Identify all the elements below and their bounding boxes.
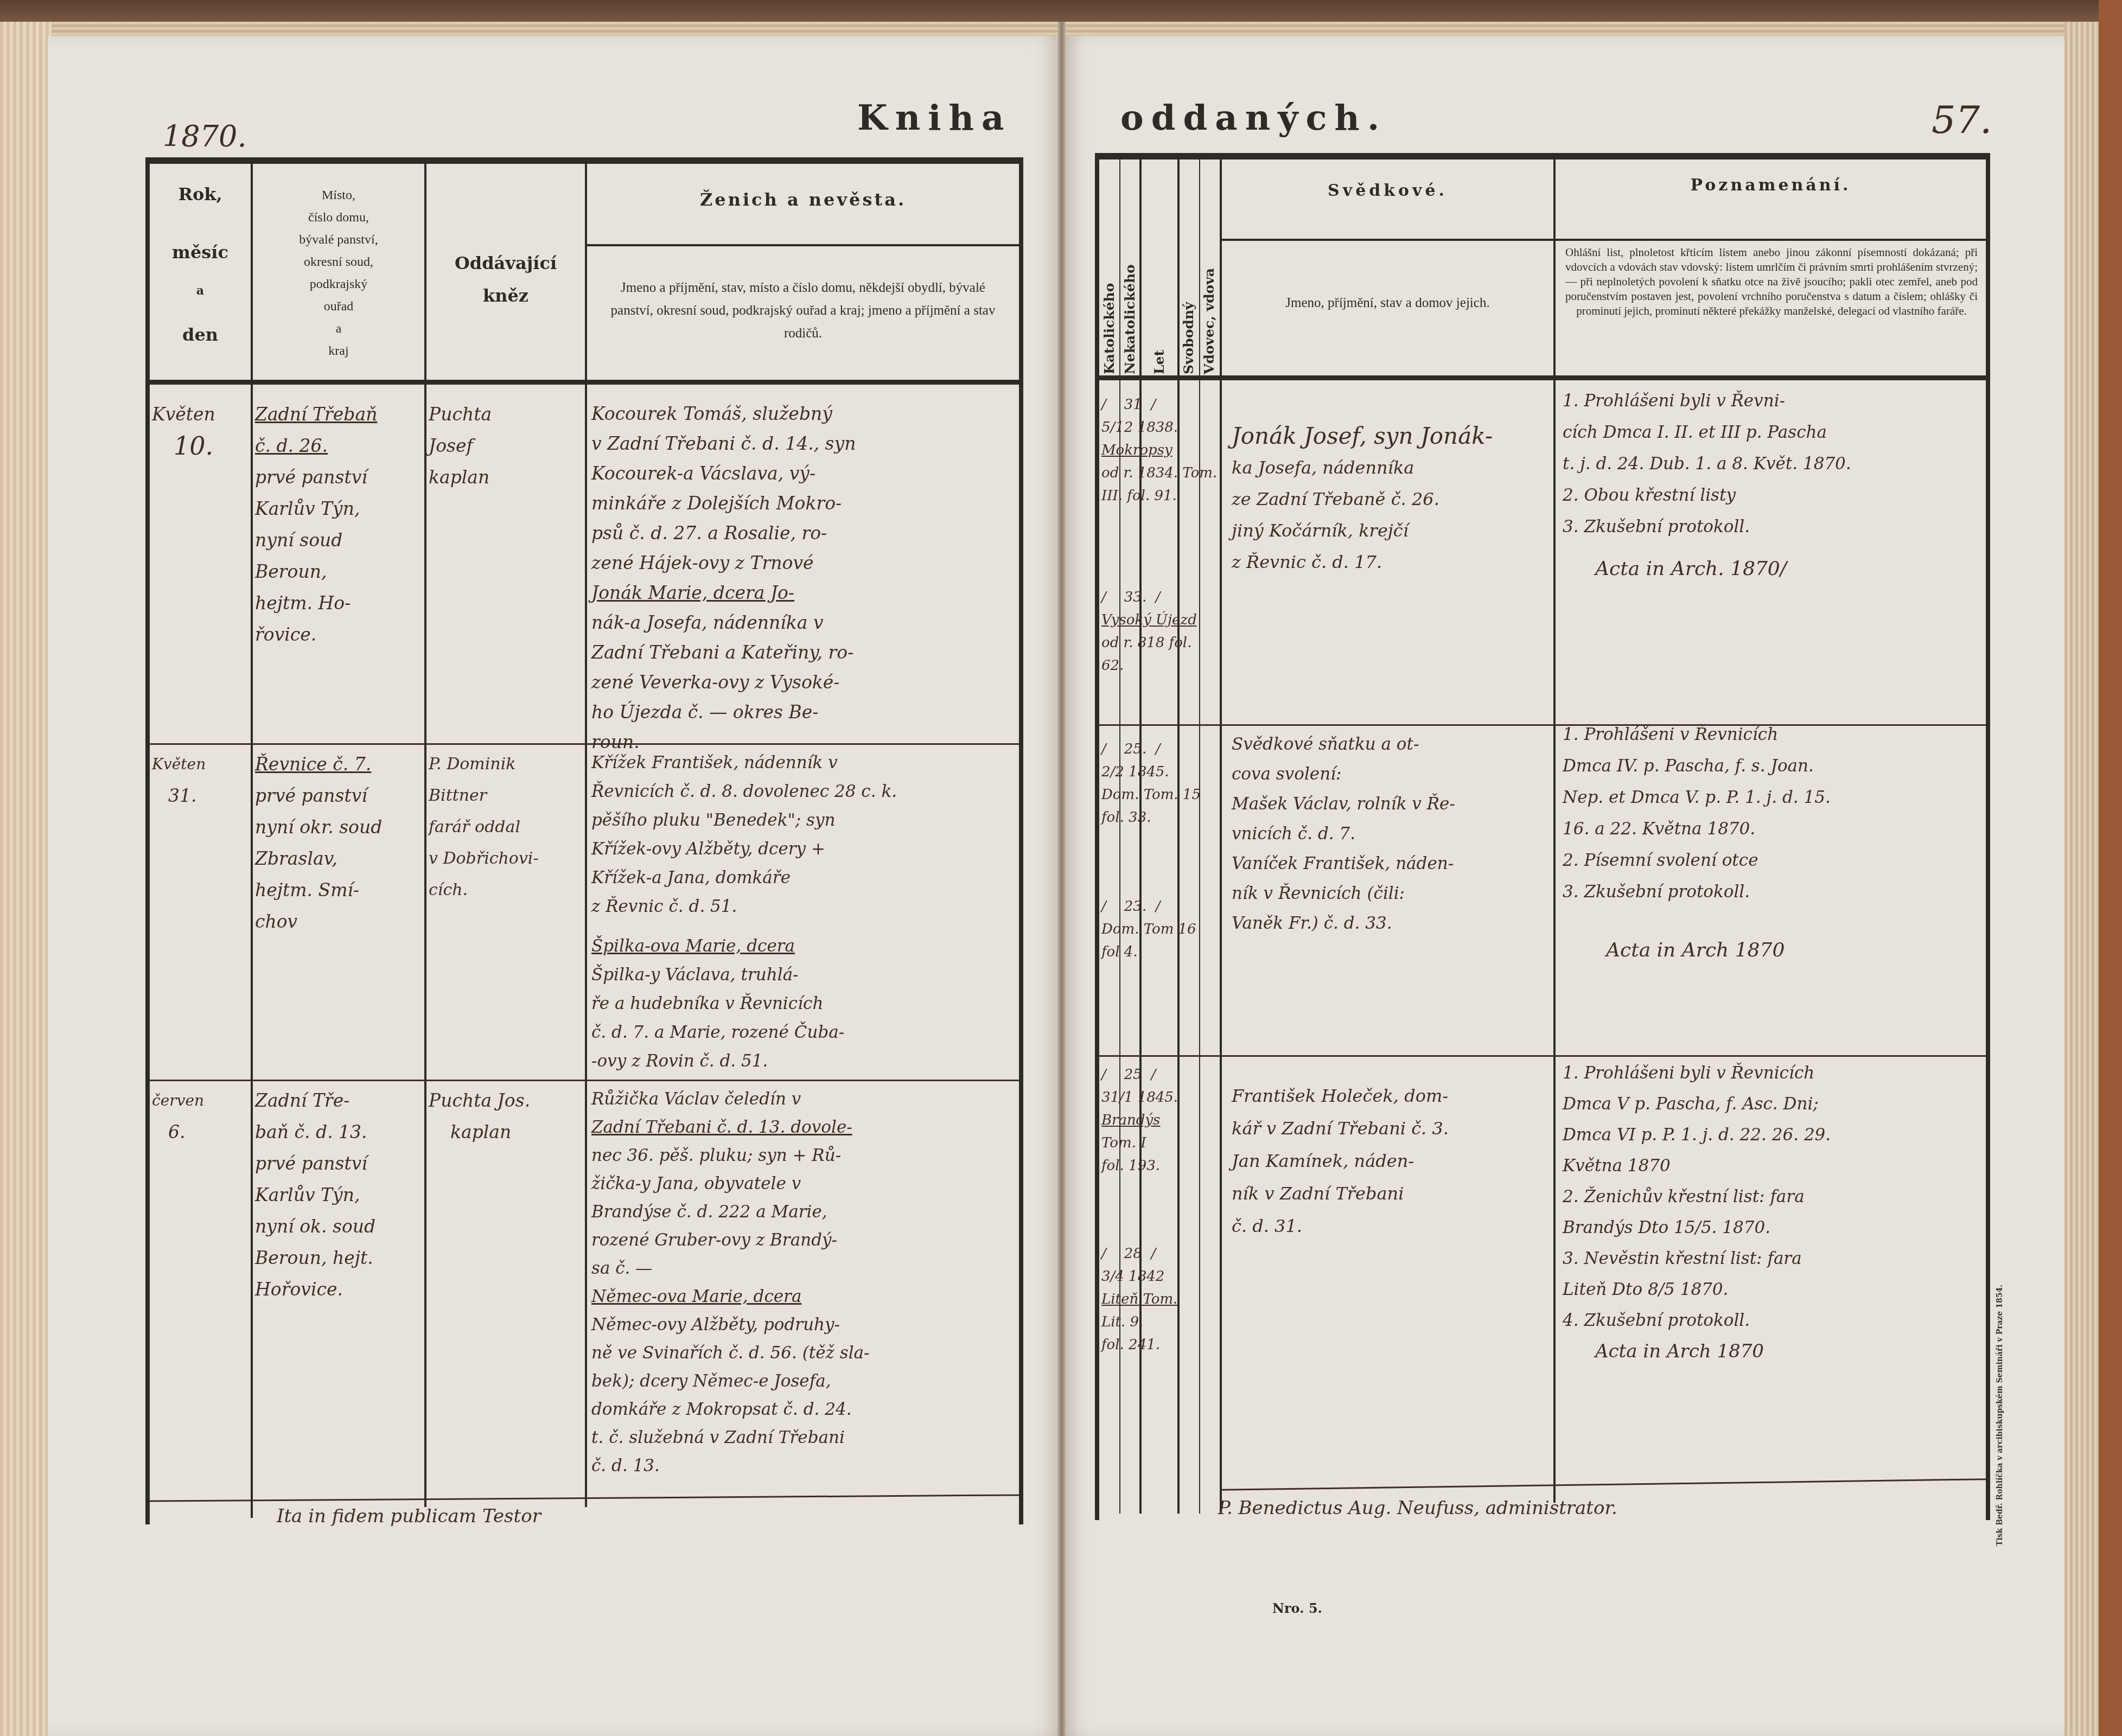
header-let: Let bbox=[1151, 336, 1167, 374]
entry-2-date: Květen31. bbox=[152, 749, 250, 812]
entry-3-bride-marks: / 28 / 3/4 1842Liteň Tom. Lit. 9.fol. 24… bbox=[1101, 1242, 1221, 1356]
header-vdovec-vdova: Vdovec, vdova bbox=[1201, 255, 1217, 374]
header-svedkove: Svědkové. bbox=[1222, 182, 1553, 201]
col-divider bbox=[251, 162, 253, 1518]
entry-1-groom-marks: / 31 / 5/12 1838.Mokropsy od r. 1834. To… bbox=[1101, 393, 1221, 507]
col-divider bbox=[1553, 157, 1556, 1503]
entry-1-notes: 1. Prohlášeni byli v Řevni-cích Dmca I. … bbox=[1563, 385, 1986, 585]
header-poznamenani: Poznamenání. bbox=[1556, 176, 1986, 195]
entry-2-couple: Křížek František, nádenník vŘevnicích č.… bbox=[591, 749, 1020, 1076]
entry-3-date: červen6. bbox=[152, 1085, 250, 1148]
entry-1-priest: PuchtaJosefkaplan bbox=[429, 399, 583, 493]
col-divider bbox=[585, 162, 587, 1507]
col-divider bbox=[424, 162, 426, 1507]
header-nekatolickeho: Nekatolického bbox=[1122, 260, 1138, 374]
book-cover-right bbox=[2099, 0, 2122, 1736]
header-bottom-rule bbox=[150, 380, 1019, 385]
page-number: 57. bbox=[1932, 98, 1992, 142]
entry-2-priest: P. DominikBittnerfarář oddal v Dobřichov… bbox=[429, 749, 583, 906]
entry-2-place: Řevnice č. 7.prvé panství nyní okr. soud… bbox=[255, 749, 423, 937]
entry-1-couple: Kocourek Tomáš, služebnýv Zadní Třebani … bbox=[591, 399, 1020, 757]
header-bottom-rule bbox=[1099, 375, 1986, 380]
header-rok: Rok, měsíc a den bbox=[150, 184, 251, 345]
entry-3-notes: 1. Prohlášeni byli v ŘevnicíchDmca V p. … bbox=[1563, 1058, 1986, 1367]
entry-1-place: Zadní Třebaňč. d. 26. prvé panstvíKarlův… bbox=[255, 399, 423, 650]
book-gutter bbox=[1058, 22, 1066, 1736]
header-poznamenani-sub: Ohlášní list, plnoletost křticím listem … bbox=[1565, 245, 1978, 318]
header-subdivider bbox=[587, 244, 1019, 246]
entry-divider bbox=[1099, 1055, 1986, 1057]
header-zenich-sub: Jmeno a příjmění, stav, místo a číslo do… bbox=[602, 277, 1004, 345]
header-zenich-nevesta: Ženich a nevěsta. bbox=[587, 190, 1019, 210]
entry-3-witnesses: František Holeček, dom-kář v Zadní Třeba… bbox=[1232, 1080, 1552, 1242]
book-title-left: Kniha bbox=[857, 98, 1011, 138]
entry-2-groom-marks: / 25. / 2/2 1845.Dom. Tom. 15fol. 33. bbox=[1101, 738, 1221, 829]
entry-2-witnesses: Svědkové sňatku a ot-cova svolení: Mašek… bbox=[1232, 730, 1552, 939]
header-svedkove-sub: Jmeno, příjmění, stav a domov jejich. bbox=[1222, 296, 1553, 311]
right-signature: P. Benedictus Aug. Neufuss, administrato… bbox=[1218, 1497, 1617, 1519]
form-number: Nro. 5. bbox=[1272, 1600, 1322, 1616]
left-signature: Ita in fidem publicam Testor bbox=[277, 1505, 541, 1527]
header-oddavajici: Oddávajícíkněz bbox=[426, 247, 585, 312]
entry-3-priest: Puchta Jos.kaplan bbox=[429, 1085, 583, 1148]
header-svobodny: Svobodný bbox=[1181, 293, 1196, 374]
entry-1-date: Květen10. bbox=[152, 399, 250, 462]
year-label: 1870. bbox=[163, 119, 247, 154]
page-edges-left bbox=[0, 22, 52, 1736]
header-subdivider bbox=[1222, 239, 1986, 241]
book-title-right: oddaných. bbox=[1120, 98, 1387, 138]
entry-3-groom-marks: / 25 / 31/1 1845.Brandýs Tom. Ifol. 193. bbox=[1101, 1063, 1221, 1177]
entry-divider bbox=[150, 1080, 1019, 1081]
page-edges-right bbox=[2064, 22, 2099, 1736]
entry-1-witnesses: Jonák Josef, syn Jonák-ka Josefa, nádenn… bbox=[1232, 420, 1552, 578]
entry-2-bride-marks: / 23. / Dom. Tom 16fol 4. bbox=[1101, 895, 1221, 963]
entry-3-place: Zadní Tře-baň č. d. 13. prvé panstvíKarl… bbox=[255, 1085, 423, 1305]
entry-3-couple: Růžička Václav čeledín vZadní Třebani č.… bbox=[591, 1085, 1020, 1480]
entry-1-bride-marks: / 33. / Vysoký Újezdod r. 818 fol.62. bbox=[1101, 586, 1221, 677]
printer-imprint: Tisk Bedř. Rohlíčka v arcibiskupském Sem… bbox=[1996, 1297, 2004, 1546]
entry-2-notes: 1. Prohlášeni v ŘevnicíchDmca IV. p. Pas… bbox=[1563, 719, 1986, 966]
header-misto: Místo,číslo domu, bývalé panství,okresní… bbox=[253, 184, 424, 362]
header-katolickeho: Katolického bbox=[1101, 271, 1117, 374]
